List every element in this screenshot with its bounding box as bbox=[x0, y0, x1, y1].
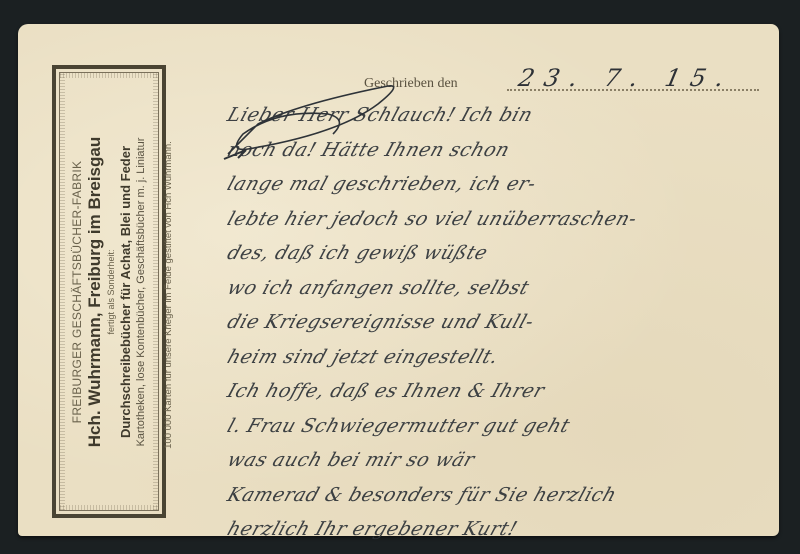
letter-line: herzlich Ihr ergebener Kurt! bbox=[222, 512, 788, 547]
letter-line: lange mal geschrieben, ich er- bbox=[222, 167, 788, 202]
imprint-company-name: Hch. Wuhrmann, Freiburg im Breisgau bbox=[85, 136, 105, 446]
letter-line: Lieber Herr Schlauch! Ich bin bbox=[222, 98, 788, 133]
letter-line: wo ich anfangen sollte, selbst bbox=[222, 271, 788, 306]
date-handwritten: 23. 7. 15. bbox=[516, 64, 736, 92]
donation-note: 100 000 Karten für unsere Krieger im Fel… bbox=[163, 65, 177, 525]
date-line: Geschrieben den 23. 7. 15. bbox=[364, 70, 759, 94]
letter-line: lebte hier jedoch so viel unüberraschen- bbox=[222, 202, 788, 237]
letter-line: was auch bei mir so wär bbox=[222, 443, 788, 478]
letter-line: des, daß ich gewiß wüßte bbox=[222, 236, 788, 271]
letter-line: noch da! Hätte Ihnen schon bbox=[222, 133, 788, 168]
imprint-text: FREIBURGER GESCHÄFTSBÜCHER-FABRIK Hch. W… bbox=[59, 72, 159, 512]
letter-line: heim sind jetzt eingestellt. bbox=[222, 340, 788, 375]
letter-line: l. Frau Schwiegermutter gut geht bbox=[222, 409, 788, 444]
letter-line: Kamerad & besonders für Sie herzlich bbox=[222, 478, 788, 513]
imprint-specialty-label: fertigt als Sonderheit: bbox=[105, 249, 117, 334]
imprint-products: Kartotheken, lose Kontenbücher, Geschäft… bbox=[134, 137, 148, 446]
imprint-specialty: Durchschreibebücher für Achat, Blei und … bbox=[117, 145, 134, 437]
letter-line: Ich hoffe, daß es Ihnen & Ihrer bbox=[222, 374, 788, 409]
imprint-company-type: FREIBURGER GESCHÄFTSBÜCHER-FABRIK bbox=[70, 160, 85, 423]
handwritten-letter: Lieber Herr Schlauch! Ich bin noch da! H… bbox=[228, 98, 783, 547]
publisher-imprint-box: FREIBURGER GESCHÄFTSBÜCHER-FABRIK Hch. W… bbox=[52, 65, 166, 518]
letter-line: die Kriegsereignisse und Kull- bbox=[222, 305, 788, 340]
postcard: FREIBURGER GESCHÄFTSBÜCHER-FABRIK Hch. W… bbox=[18, 24, 779, 536]
